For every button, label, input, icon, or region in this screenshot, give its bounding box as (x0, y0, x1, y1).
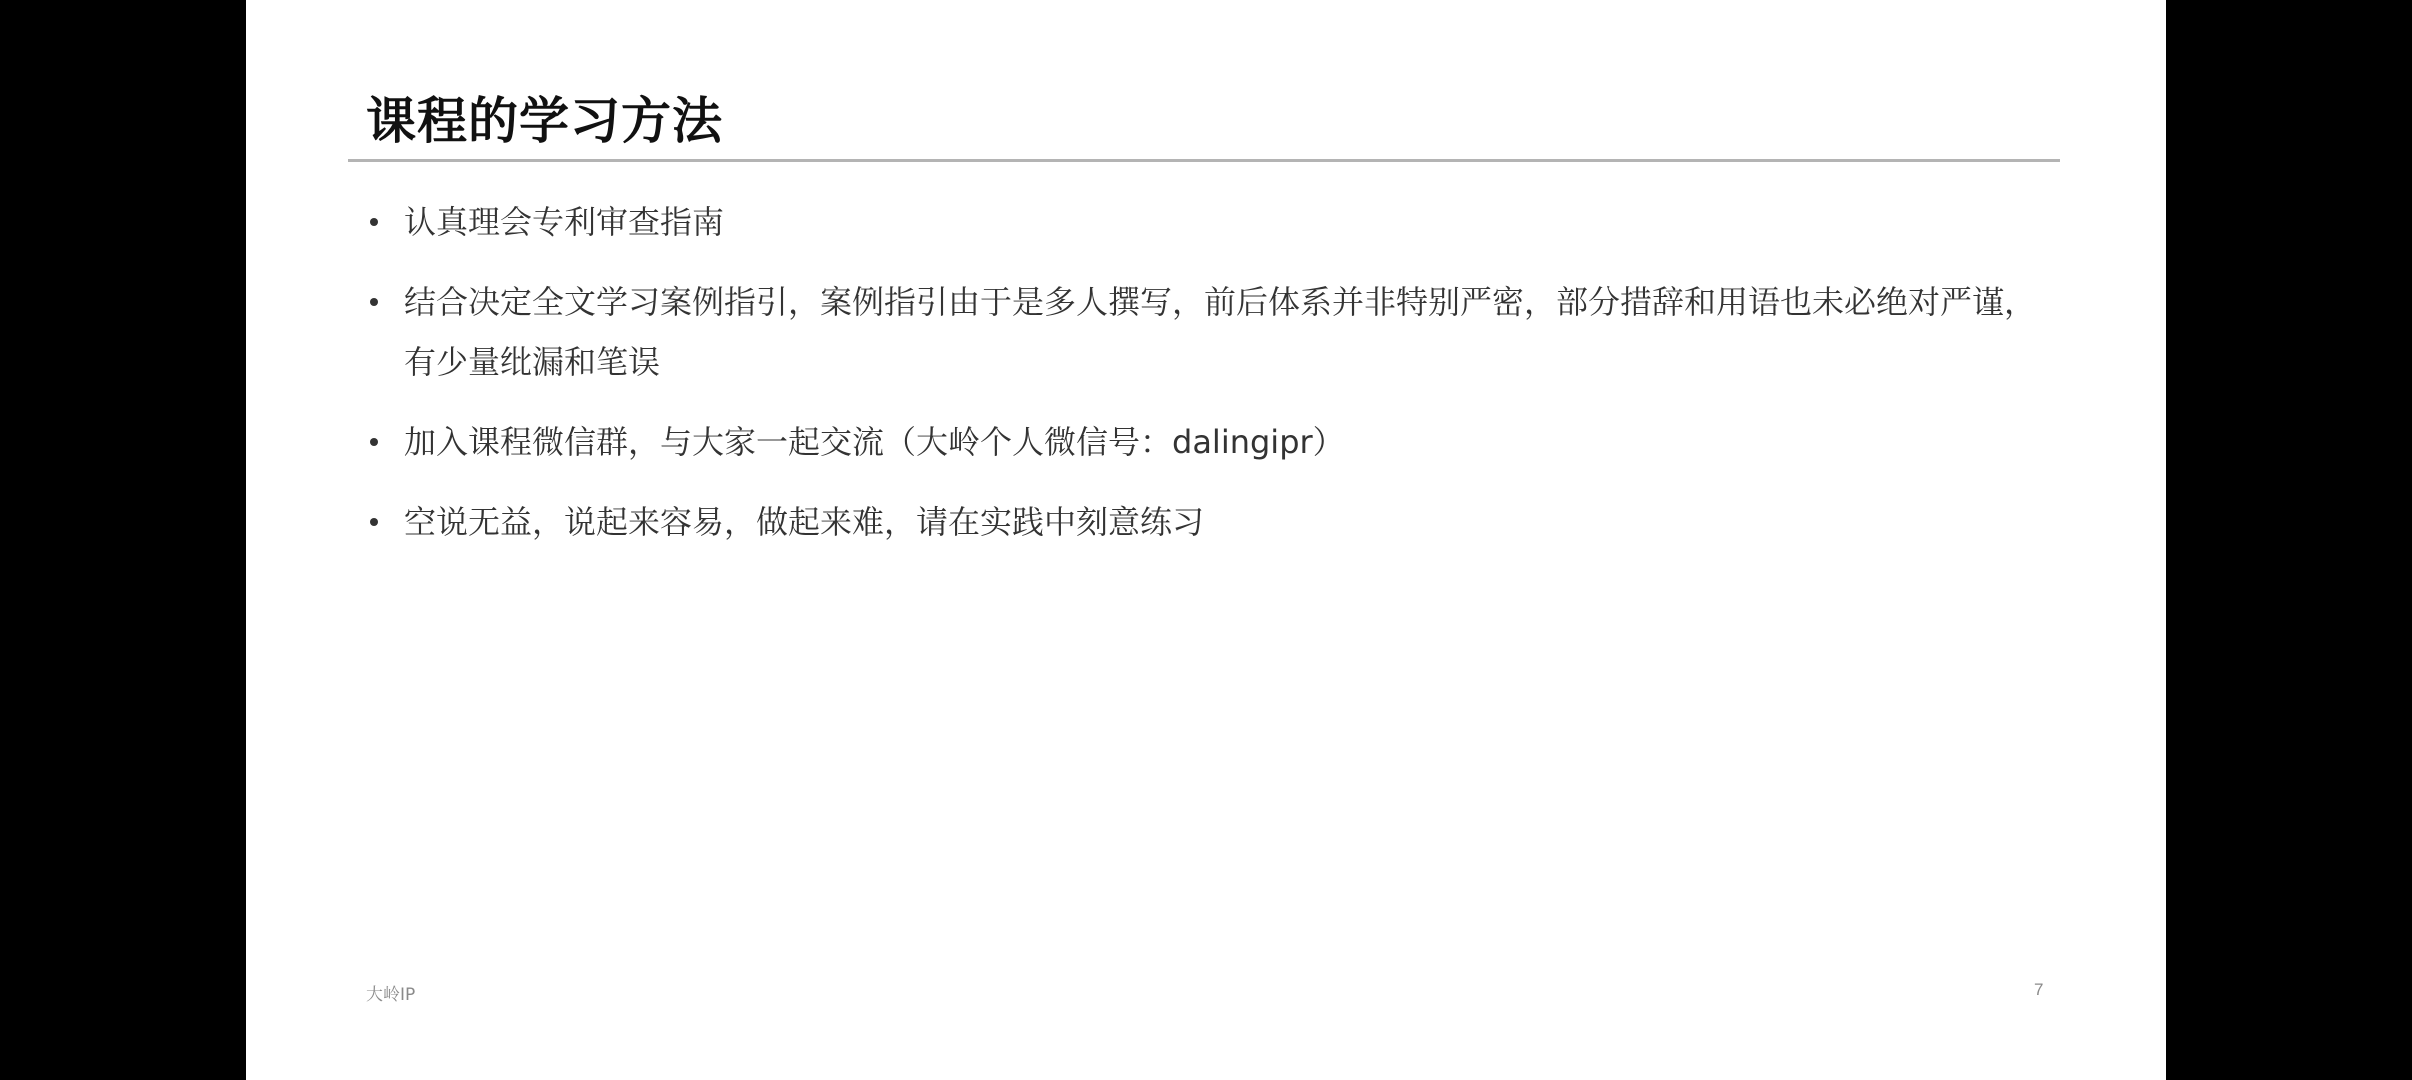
page-number: 7 (2034, 980, 2043, 1000)
bullet-item: 加入课程微信群，与大家一起交流（大岭个人微信号：dalingipr） (366, 412, 2066, 472)
bullet-dot-icon (370, 438, 378, 446)
bullet-dot-icon (370, 298, 378, 306)
bullet-item: 空说无益，说起来容易，做起来难，请在实践中刻意练习 (366, 492, 2066, 552)
presentation-viewer: 课程的学习方法 认真理会专利审查指南 结合决定全文学习案例指引，案例指引由于是多… (0, 0, 2412, 1080)
title-divider (348, 159, 2060, 162)
bullet-item: 结合决定全文学习案例指引，案例指引由于是多人撰写，前后体系并非特别严密，部分措辞… (366, 272, 2066, 392)
slide-title: 课程的学习方法 (366, 86, 723, 156)
bullet-text: 结合决定全文学习案例指引，案例指引由于是多人撰写，前后体系并非特别严密，部分措辞… (404, 283, 2036, 381)
slide[interactable]: 课程的学习方法 认真理会专利审查指南 结合决定全文学习案例指引，案例指引由于是多… (246, 0, 2166, 1080)
bullet-item: 认真理会专利审查指南 (366, 192, 2066, 252)
bullet-dot-icon (370, 218, 378, 226)
bullet-text: 加入课程微信群，与大家一起交流（大岭个人微信号：dalingipr） (404, 423, 1345, 461)
footer-brand: 大岭IP (366, 980, 415, 1005)
bullet-dot-icon (370, 518, 378, 526)
bullet-text: 空说无益，说起来容易，做起来难，请在实践中刻意练习 (404, 503, 1204, 541)
bullet-text: 认真理会专利审查指南 (404, 203, 724, 241)
bullet-list: 认真理会专利审查指南 结合决定全文学习案例指引，案例指引由于是多人撰写，前后体系… (366, 192, 2066, 572)
